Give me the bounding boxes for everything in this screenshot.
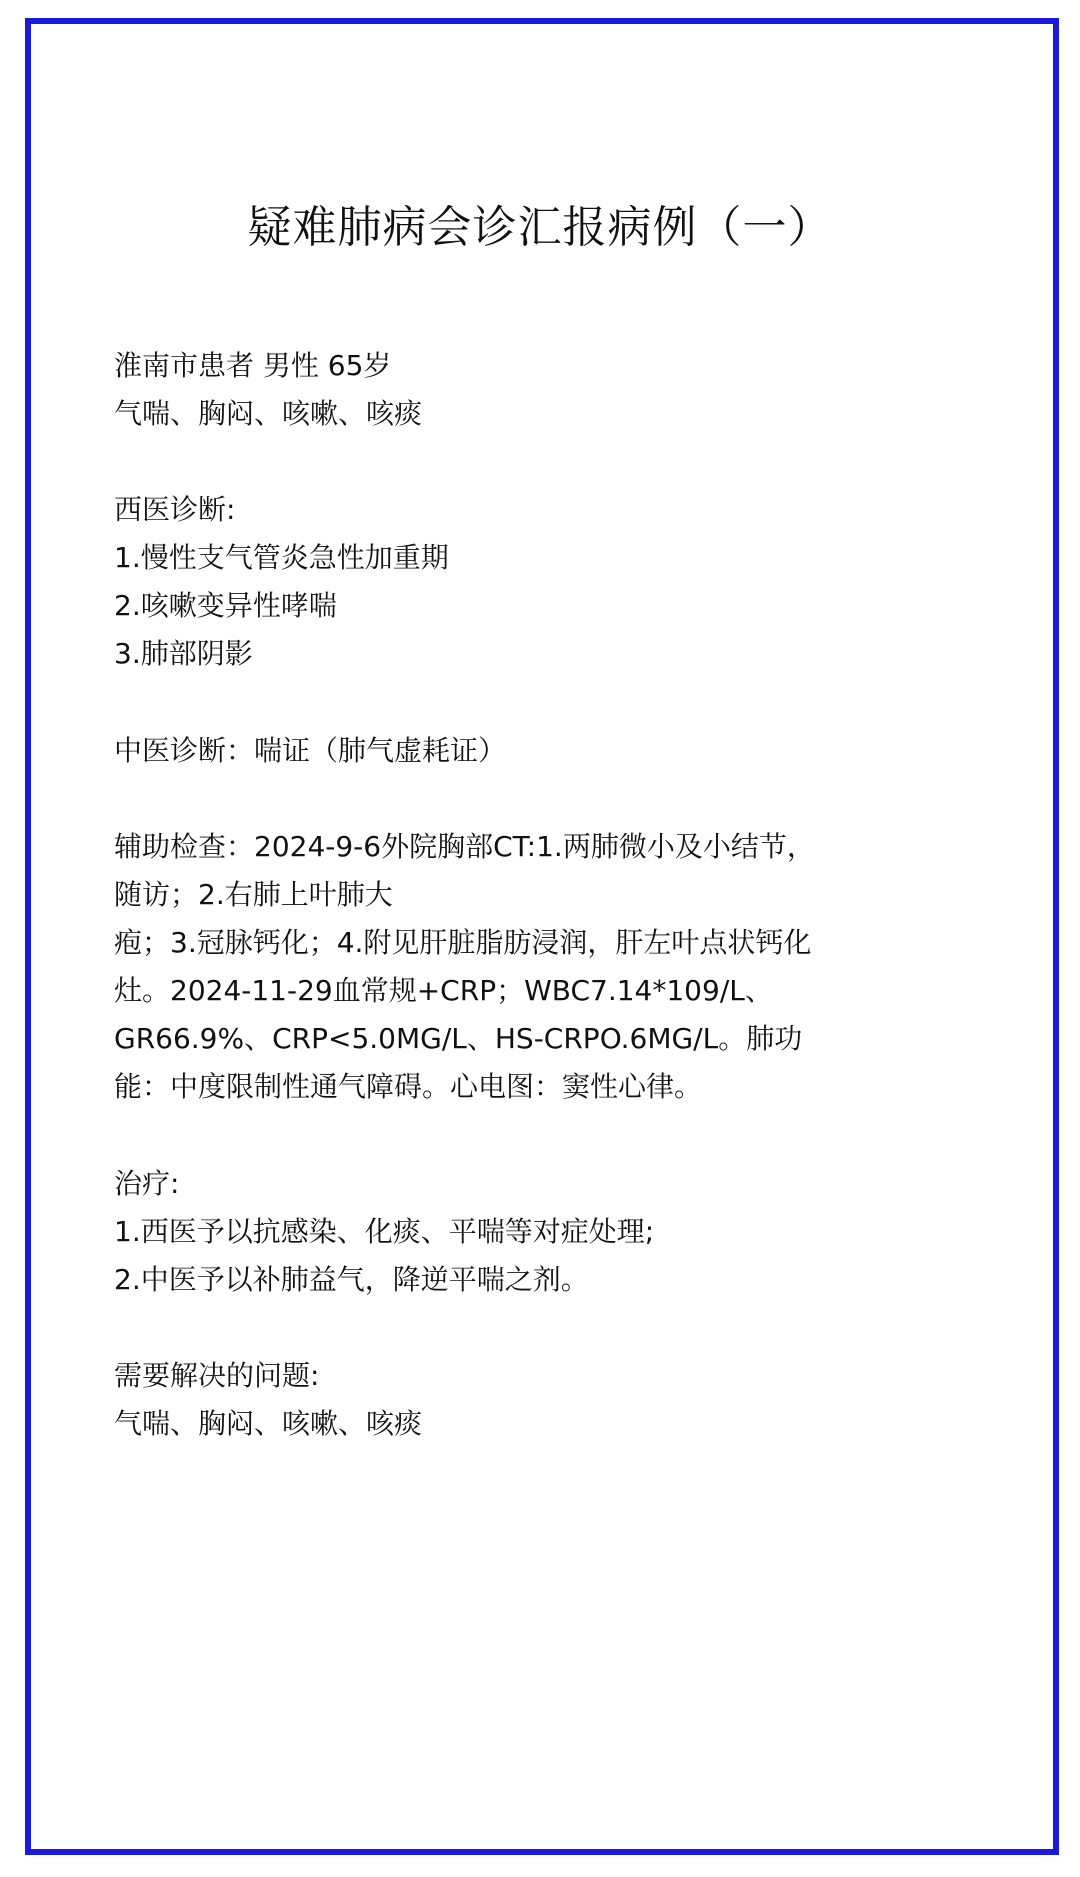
problems-heading: 需要解决的问题: [114,1352,974,1400]
treatment-heading: 治疗: [114,1160,974,1208]
western-diagnosis-item: 3.肺部阴影 [114,630,974,678]
auxiliary-exam-line: 疱；3.冠脉钙化；4.附见肝脏脂肪浸润，肝左叶点状钙化 [114,919,974,967]
tcm-diagnosis: 中医诊断：喘证（肺气虚耗证） [114,727,974,775]
treatment-item: 1.西医予以抗感染、化痰、平喘等对症处理; [114,1208,974,1256]
western-diagnosis-item: 1.慢性支气管炎急性加重期 [114,534,974,582]
treatment-item: 2.中医予以补肺益气，降逆平喘之剂。 [114,1256,974,1304]
auxiliary-exam-line: GR66.9%、CRP<5.0MG/L、HS-CRPO.6MG/L。肺功 [114,1015,974,1063]
western-diagnosis-section: 西医诊断: 1.慢性支气管炎急性加重期 2.咳嗽变异性哮喘 3.肺部阴影 [114,486,974,678]
western-diagnosis-item: 2.咳嗽变异性哮喘 [114,582,974,630]
page-title: 疑难肺病会诊汇报病例（一） [0,200,1080,256]
auxiliary-exam-line: 辅助检查：2024-9-6外院胸部CT:1.两肺微小及小结节， [114,823,974,871]
tcm-diagnosis-section: 中医诊断：喘证（肺气虚耗证） [114,727,974,775]
patient-info: 淮南市患者 男性 65岁 [114,342,974,390]
auxiliary-exam-section: 辅助检查：2024-9-6外院胸部CT:1.两肺微小及小结节， 随访；2.右肺上… [114,823,974,1111]
problems-section: 需要解决的问题: 气喘、胸闷、咳嗽、咳痰 [114,1352,974,1448]
treatment-section: 治疗: 1.西医予以抗感染、化痰、平喘等对症处理; 2.中医予以补肺益气，降逆平… [114,1160,974,1304]
problems-text: 气喘、胸闷、咳嗽、咳痰 [114,1400,974,1448]
auxiliary-exam-line: 灶。2024-11-29血常规+CRP；WBC7.14*109/L、 [114,967,974,1015]
patient-section: 淮南市患者 男性 65岁 气喘、胸闷、咳嗽、咳痰 [114,342,974,438]
auxiliary-exam-line: 随访；2.右肺上叶肺大 [114,871,974,919]
patient-symptoms: 气喘、胸闷、咳嗽、咳痰 [114,390,974,438]
auxiliary-exam-line: 能：中度限制性通气障碍。心电图：窦性心律。 [114,1063,974,1111]
western-diagnosis-heading: 西医诊断: [114,486,974,534]
